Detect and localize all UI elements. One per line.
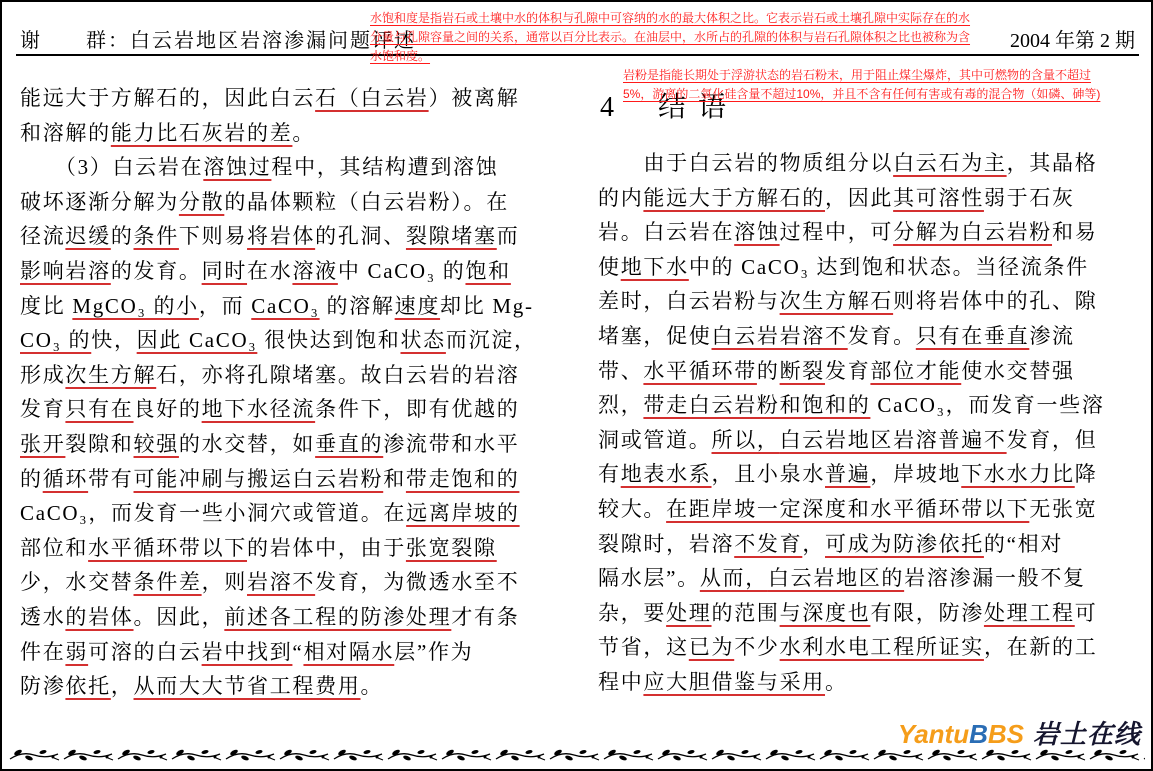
red-marked-text: 所以， — [712, 428, 780, 452]
text-run: 岩。白云岩在 — [598, 220, 734, 244]
red-marked-text: 分解为白云岩粉 — [893, 220, 1052, 244]
red-marked-text: 能力比石灰岩的差 — [111, 121, 293, 145]
site-logo: YantuBBS岩土在线 — [890, 721, 1141, 747]
text-run: 程中，其结构遭到溶蚀 — [271, 155, 498, 179]
text-run: 的晶体颗粒（白云岩粉）。在 — [224, 190, 509, 214]
text-run: 下则易 — [179, 224, 247, 248]
text-run: 裂隙时，岩溶 — [598, 532, 734, 556]
running-head-title: 谢 群：白云岩地区岩溶渗漏问题评述 — [20, 24, 416, 53]
red-marked-text: 普遍 — [825, 462, 870, 486]
text-line: 破坏逐渐分解为分散的晶体颗粒（白云岩粉）。在 — [20, 185, 580, 220]
red-marked-text: 将岩体 — [247, 224, 315, 248]
text-run: 的 — [757, 359, 780, 383]
text-run: （3）白云岩在 — [20, 155, 203, 179]
red-marked-text: 带走白云岩粉和饱和的 — [643, 393, 870, 417]
red-marked-text: 条件差 — [134, 570, 202, 594]
text-run: 的范围 — [712, 601, 780, 625]
text-run: 裂隙和 — [65, 432, 133, 456]
red-marked-text: 石（白云岩 — [315, 86, 429, 110]
red-marked-text: 白云石为主 — [893, 151, 1007, 175]
text-run: 发育。 — [848, 324, 916, 348]
red-marked-text: 可能冲刷与搬运白云岩粉 — [134, 467, 384, 491]
red-marked-text: 能远大于方解石的 — [643, 186, 825, 210]
red-marked-text: 地表水系 — [621, 462, 712, 486]
red-marked-text: 在距岸坡一定深度和水平循环带以下 — [666, 497, 1029, 521]
text-run: 快， — [91, 328, 136, 352]
red-marked-text: 水平循环带以下 — [88, 536, 247, 560]
text-run: 隔水层”。 — [598, 566, 700, 590]
text-line: 程中应大胆借鉴与采用。 — [598, 665, 1153, 700]
text-run: 节省，这 — [598, 635, 689, 659]
red-marked-text: 已为 — [689, 635, 734, 659]
text-run: 程中 — [598, 670, 643, 694]
text-line: 节省，这已为不少水利水电工程所证实，在新的工 — [598, 630, 1153, 665]
text-line: 岩。白云岩在溶蚀过程中，可分解为白云岩粉和易 — [598, 215, 1153, 250]
text-line: 杂，要处理的范围与深度也有限，防渗处理工程可 — [598, 596, 1153, 631]
text-run: ， — [802, 532, 825, 556]
right-column: 4结语 由于白云岩的物质组分以白云石为主，其晶格的内能远大于方解石的，因此其可溶… — [598, 81, 1153, 704]
text-run: 带、 — [598, 359, 643, 383]
red-marked-text: 地下水径流 — [202, 397, 316, 421]
text-run: ）被离解 — [429, 86, 520, 110]
red-marked-text: 水利水电工程所证实 — [780, 635, 984, 659]
red-marked-text: 垂直的 — [315, 432, 383, 456]
text-run: 由于白云岩的物质组分以 — [598, 151, 893, 175]
red-marked-text: 条件 — [134, 224, 179, 248]
text-run: 和溶解的 — [20, 121, 111, 145]
red-marked-text: 与深度也 — [780, 601, 871, 625]
logo-bbs-s: BS — [988, 719, 1024, 749]
text-line: 洞或管道。所以，白云岩地区岩溶普遍不发育，但 — [598, 423, 1153, 458]
text-run: 石，亦将孔隙堵塞。故白云岩的岩溶 — [156, 363, 519, 387]
red-marked-text: 可成为防渗依托 — [825, 532, 984, 556]
text-line: 张开裂隙和较强的水交替，如垂直的渗流带和水平 — [20, 427, 580, 462]
red-marked-text: 岩溶不 — [247, 570, 315, 594]
text-run: 。因此， — [134, 605, 225, 629]
red-marked-text: 迟缓 — [65, 224, 110, 248]
text-line: 差时，白云岩粉与次生方解石则将岩体中的孔、隙 — [598, 284, 1153, 319]
text-run: 的内 — [598, 186, 643, 210]
text-run: 带有 — [88, 467, 133, 491]
text-line: 少，水交替条件差，则岩溶不发育，为微透水至不 — [20, 565, 580, 600]
text-line: 烈，带走白云岩粉和饱和的 CaCO₃，而发育一些溶 — [598, 388, 1153, 423]
red-marked-text: 下水水力比 — [961, 462, 1075, 486]
page: 谢 群：白云岩地区岩溶渗漏问题评述 2004 年第 2 期 水饱和度是指岩石或土… — [0, 0, 1153, 771]
text-run: 度比 — [20, 294, 72, 318]
red-marked-text: 只有在 — [65, 397, 133, 421]
text-run: 的孔洞、 — [315, 224, 406, 248]
text-run: 条件下，即有优越的 — [315, 397, 519, 421]
text-run: ， — [111, 674, 134, 698]
text-line: 有地表水系，且小泉水普遍，岸坡地下水水力比降 — [598, 457, 1153, 492]
red-marked-text: 依托 — [65, 674, 110, 698]
logo-cn-name: 岩土在线 — [1033, 719, 1141, 749]
text-run: 岩溶渗漏一般不复 — [904, 566, 1086, 590]
text-line: CaCO₃，而发育一些小洞穴或管道。在远离岸坡的 — [20, 496, 580, 531]
text-line: 和溶解的能力比石灰岩的差。 — [20, 116, 580, 151]
text-line: 影响岩溶的发育。同时在水溶液中 CaCO₃ 的饱和 — [20, 254, 580, 289]
text-run: 弱于石灰 — [984, 186, 1075, 210]
text-line: 堵塞，促使白云岩岩溶不发育。只有在垂直渗流 — [598, 319, 1153, 354]
text-run: ，因此 — [825, 186, 893, 210]
text-run: 不少 — [734, 635, 779, 659]
red-marked-text: 相对隔水 — [303, 640, 394, 664]
text-run: 层”作为 — [394, 640, 473, 664]
text-run: 发育，但 — [1007, 428, 1098, 452]
red-marked-text: 水平循环带 — [643, 359, 757, 383]
text-run: 能远大于方解石的，因此白云 — [20, 86, 315, 110]
red-marked-text: 只有在垂直 — [916, 324, 1030, 348]
red-marked-text: 前述各工程的防渗处理 — [224, 605, 451, 629]
text-line: 由于白云岩的物质组分以白云石为主，其晶格 — [598, 146, 1153, 181]
text-run: 却比 Mg- — [440, 294, 534, 318]
red-marked-text: 断裂 — [780, 359, 825, 383]
red-marked-text: 不发育 — [734, 532, 802, 556]
text-run: CaCO₃，而发育一些溶 — [870, 393, 1104, 417]
red-marked-text: 带走饱和的 — [406, 467, 520, 491]
text-run: 烈， — [598, 393, 643, 417]
red-marked-text: 张开 — [20, 432, 65, 456]
text-run: ，其晶格 — [1007, 151, 1098, 175]
text-run: 很快达到饱和 — [257, 328, 400, 352]
text-run: 可 — [1075, 601, 1098, 625]
text-run: 少，水交替 — [20, 570, 134, 594]
left-column: 能远大于方解石的，因此白云石（白云岩）被离解和溶解的能力比石灰岩的差。 （3）白… — [20, 81, 580, 704]
text-run: 形成 — [20, 363, 65, 387]
text-run: 。 — [292, 121, 315, 145]
red-marked-text: CO₃ 的 — [20, 328, 91, 352]
text-line: 裂隙时，岩溶不发育，可成为防渗依托的“相对 — [598, 527, 1153, 562]
text-run: 破坏逐渐分解为 — [20, 190, 179, 214]
text-run: 发育 — [825, 359, 870, 383]
red-marked-text: 因此 CaCO₃ — [137, 328, 258, 352]
text-run: 和易 — [1052, 220, 1097, 244]
text-line: 带、水平循环带的断裂发育部位才能使水交替强 — [598, 354, 1153, 389]
text-run: 部位和 — [20, 536, 88, 560]
text-run: ，岸坡地 — [870, 462, 961, 486]
red-marked-text: 较强 — [134, 432, 179, 456]
text-line: 度比 MgCO₃ 的小，而 CaCO₃ 的溶解速度却比 Mg- — [20, 289, 580, 324]
text-run: 而 — [497, 224, 520, 248]
text-run: 的发育。 — [111, 259, 202, 283]
text-run: 有 — [598, 462, 621, 486]
text-line: 使地下水中的 CaCO₃ 达到饱和状态。当径流条件 — [598, 250, 1153, 285]
text-run: CaCO₃，而发育一些小洞穴或管道。在 — [20, 501, 406, 525]
red-marked-text: 处理 — [666, 601, 711, 625]
text-run: 的 — [111, 224, 134, 248]
red-marked-text: MgCO₃ 的小 — [72, 294, 199, 318]
text-run: 发育 — [20, 397, 65, 421]
red-marked-text: 白云岩地区的 — [768, 566, 904, 590]
text-run: 堵塞，促使 — [598, 324, 712, 348]
text-line: 径流迟缓的条件下则易将岩体的孔洞、裂隙堵塞而 — [20, 219, 580, 254]
red-annotation-note-1: 水饱和度是指岩石或土壤中水的体积与孔隙中可容纳的水的最大体积之比。它表示岩石或土… — [370, 9, 974, 66]
text-line: CO₃ 的快，因此 CaCO₃ 很快达到饱和状态而沉淀， — [20, 323, 580, 358]
text-run: 无张宽 — [1029, 497, 1097, 521]
text-run: 渗流 — [1029, 324, 1074, 348]
text-run: 防渗 — [20, 674, 65, 698]
red-marked-text: 的岩体 — [65, 605, 133, 629]
text-run: 。 — [361, 674, 384, 698]
text-run: 在水 — [247, 259, 292, 283]
text-line: 的循环带有可能冲刷与搬运白云岩粉和带走饱和的 — [20, 462, 580, 497]
red-marked-text: 部位才能 — [870, 359, 961, 383]
text-run: 降 — [1075, 462, 1098, 486]
text-run: 而沉淀， — [446, 328, 537, 352]
text-line: （3）白云岩在溶蚀过程中，其结构遭到溶蚀 — [20, 150, 580, 185]
red-marked-text: 白云岩地区岩溶普遍不 — [780, 428, 1007, 452]
text-run: 差时，白云岩粉与 — [598, 289, 780, 313]
red-marked-text: 从而， — [700, 566, 768, 590]
text-run: 较大。 — [598, 497, 666, 521]
text-run: ，而 — [199, 294, 251, 318]
text-run: 使 — [598, 255, 621, 279]
text-line: 透水的岩体。因此，前述各工程的防渗处理才有条 — [20, 600, 580, 635]
text-run: ，则 — [202, 570, 247, 594]
red-marked-text: 溶液 — [292, 259, 337, 283]
red-marked-text: 远离岸坡的 — [406, 501, 520, 525]
text-run: 的岩体中，由于 — [247, 536, 406, 560]
red-marked-text: 分散 — [179, 190, 224, 214]
text-line: 能远大于方解石的，因此白云石（白云岩）被离解 — [20, 81, 580, 116]
red-marked-text: 白云岩岩溶不 — [712, 324, 848, 348]
text-run: 的“相对 — [984, 532, 1063, 556]
text-run: 的 — [20, 467, 43, 491]
red-marked-text: 次生方解石 — [780, 289, 894, 313]
text-run: “ — [292, 640, 303, 664]
text-run: 则将岩体中的孔、隙 — [893, 289, 1097, 313]
red-marked-text: 次生方解 — [65, 363, 156, 387]
text-run: 的水交替，如 — [179, 432, 315, 456]
right-column-lines: 由于白云岩的物质组分以白云石为主，其晶格的内能远大于方解石的，因此其可溶性弱于石… — [598, 146, 1153, 700]
text-run: 良好的 — [134, 397, 202, 421]
text-run: 过程中，可 — [780, 220, 894, 244]
text-line: 的内能远大于方解石的，因此其可溶性弱于石灰 — [598, 181, 1153, 216]
text-run: 中 CaCO₃ 的 — [338, 259, 466, 283]
red-marked-text: 溶蚀 — [734, 220, 779, 244]
red-marked-text: 张宽裂隙 — [406, 536, 497, 560]
red-annotation-note-2: 岩粉是指能长期处于浮游状态的岩石粉末，用于阻止煤尘爆炸，其中可燃物的含量不超过5… — [623, 66, 1101, 104]
red-marked-text: 状态 — [400, 328, 445, 352]
text-run: 杂，要 — [598, 601, 666, 625]
red-marked-text: 速度 — [395, 294, 440, 318]
text-run: 的溶解 — [320, 294, 395, 318]
text-run: 中的 CaCO₃ 达到饱和状态。当径流条件 — [689, 255, 1089, 279]
red-marked-text: 同时 — [202, 259, 247, 283]
red-marked-text: 应大胆借鉴与采用 — [643, 670, 825, 694]
body-columns: 能远大于方解石的，因此白云石（白云岩）被离解和溶解的能力比石灰岩的差。 （3）白… — [20, 81, 1153, 704]
logo-yantu: Yantu — [898, 719, 969, 749]
red-marked-text: 从而大大节省工程费用 — [134, 674, 361, 698]
text-run: 透水 — [20, 605, 65, 629]
text-line: 部位和水平循环带以下的岩体中，由于张宽裂隙 — [20, 531, 580, 566]
text-run: 。 — [825, 670, 848, 694]
logo-bbs-b: B — [969, 719, 988, 749]
red-marked-text: CaCO₃ — [251, 294, 319, 318]
text-run: 可溶的白云 — [88, 640, 202, 664]
red-marked-text: 裂隙堵塞 — [406, 224, 497, 248]
red-marked-text: 溶蚀过 — [203, 155, 271, 179]
red-marked-text: 循环 — [43, 467, 88, 491]
red-marked-text: 弱 — [65, 640, 88, 664]
text-run: 径流 — [20, 224, 65, 248]
left-column-lines: 能远大于方解石的，因此白云石（白云岩）被离解和溶解的能力比石灰岩的差。 （3）白… — [20, 81, 580, 704]
red-marked-text: 其可溶性 — [893, 186, 984, 210]
text-line: 发育只有在良好的地下水径流条件下，即有优越的 — [20, 392, 580, 427]
text-run: 和 — [383, 467, 406, 491]
red-marked-text: 岩中找到 — [202, 640, 293, 664]
text-line: 较大。在距岸坡一定深度和水平循环带以下无张宽 — [598, 492, 1153, 527]
section-number: 4 — [600, 92, 614, 123]
text-run: ，在新的工 — [984, 635, 1098, 659]
text-run: 渗流带和水平 — [383, 432, 519, 456]
text-line: 防渗依托，从而大大节省工程费用。 — [20, 669, 580, 704]
text-run: 使水交替强 — [961, 359, 1075, 383]
text-line: 形成次生方解石，亦将孔隙堵塞。故白云岩的岩溶 — [20, 358, 580, 393]
text-run: 洞或管道。 — [598, 428, 712, 452]
text-run: ，且小泉水 — [712, 462, 826, 486]
text-run: 件在 — [20, 640, 65, 664]
text-line: 隔水层”。从而，白云岩地区的岩溶渗漏一般不复 — [598, 561, 1153, 596]
red-marked-text: 饱和 — [465, 259, 510, 283]
text-line: 件在弱可溶的白云岩中找到“相对隔水层”作为 — [20, 635, 580, 670]
red-marked-text: 处理工程 — [984, 601, 1075, 625]
text-run: 发育，为微透水至不 — [315, 570, 519, 594]
red-marked-text: 影响岩溶 — [20, 259, 111, 283]
text-run: 有限，防渗 — [870, 601, 984, 625]
text-run: 才有条 — [451, 605, 519, 629]
issue-label: 2004 年第 2 期 — [1010, 24, 1135, 53]
red-marked-text: 地下水 — [621, 255, 689, 279]
